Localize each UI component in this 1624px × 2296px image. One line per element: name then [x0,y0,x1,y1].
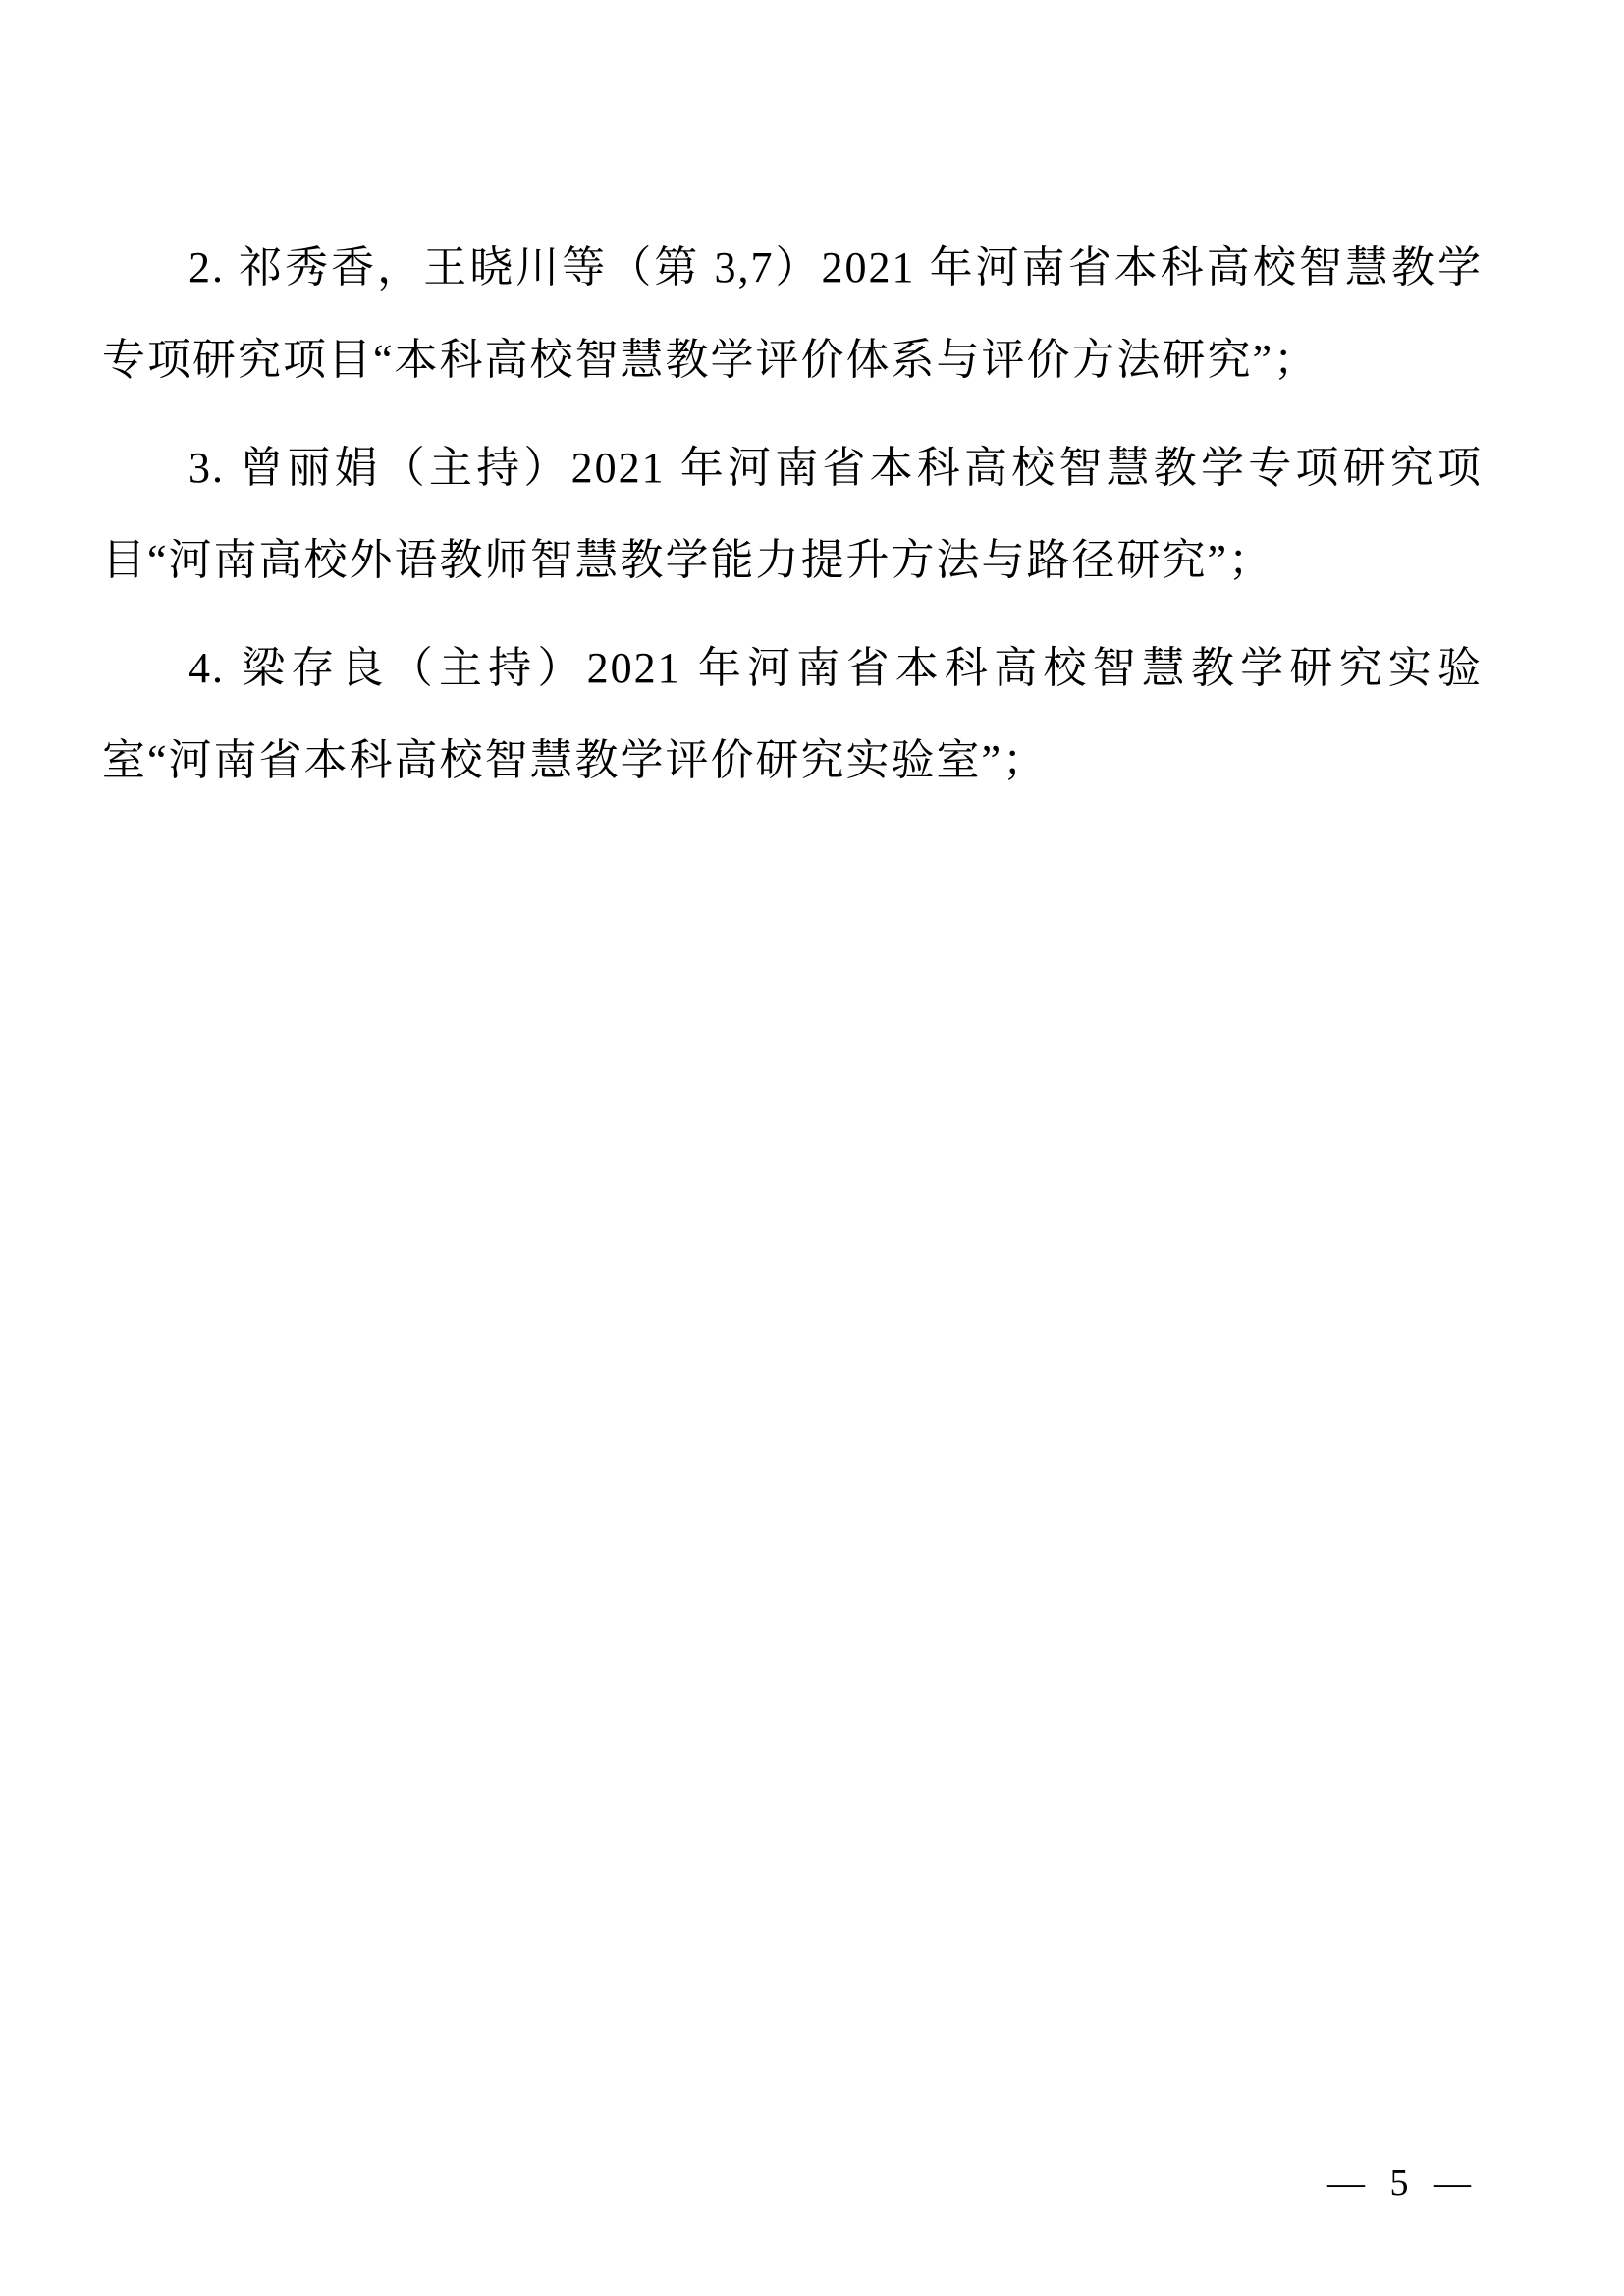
paragraph-item-3: 3. 曾丽娟（主持）2021 年河南省本科高校智慧教学专项研究项目“河南高校外语… [102,422,1483,607]
paragraph-item-4: 4. 梁存良（主持）2021 年河南省本科高校智慧教学研究实验室“河南省本科高校… [102,622,1483,807]
document-page: 2. 祁秀香，王晓川等（第 3,7）2021 年河南省本科高校智慧教学专项研究项… [0,0,1624,2296]
paragraph-item-2: 2. 祁秀香，王晓川等（第 3,7）2021 年河南省本科高校智慧教学专项研究项… [102,222,1483,406]
page-footer: — 5 — [1327,2162,1479,2205]
document-body: 2. 祁秀香，王晓川等（第 3,7）2021 年河南省本科高校智慧教学专项研究项… [102,222,1483,823]
page-number: — 5 — [1327,2163,1479,2204]
